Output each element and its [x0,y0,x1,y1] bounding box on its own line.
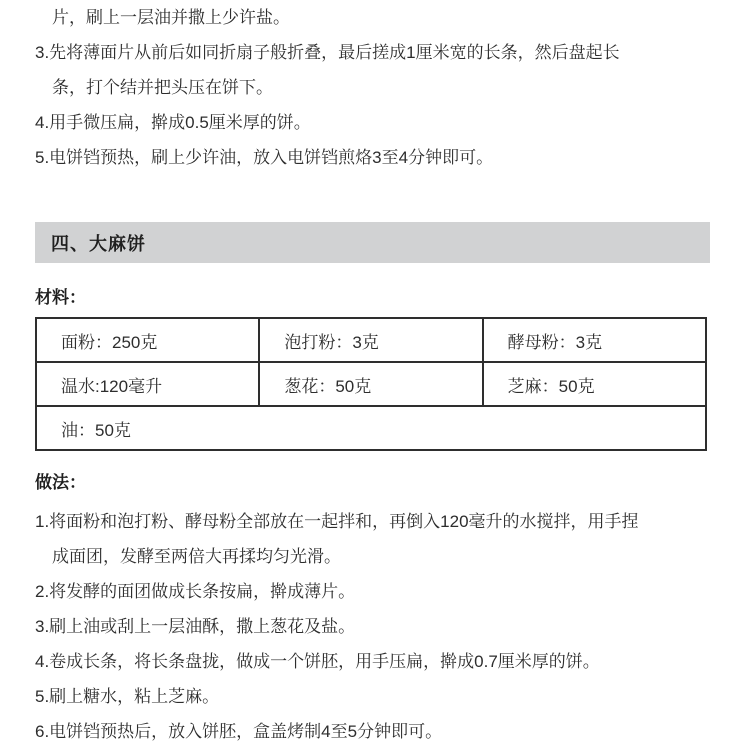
ingredients-row: 面粉：250克泡打粉：3克酵母粉：3克 [36,318,706,362]
section-heading-bar: 四、大麻饼 [35,222,710,263]
step-line: 2.将发酵的面团做成长条按扁，擀成薄片。 [35,574,710,609]
step-line: 1.将面粉和泡打粉、酵母粉全部放在一起拌和，再倒入120毫升的水搅拌，用手捏 [35,504,710,539]
step-line: 成面团，发酵至两倍大再揉均匀光滑。 [35,539,710,574]
recipe-document-page: 片，刷上一层油并撒上少许盐。3.先将薄面片从前后如同折扇子般折叠，最后搓成1厘米… [0,0,750,749]
step-line: 5.电饼铛预热，刷上少许油，放入电饼铛煎烙3至4分钟即可。 [35,140,710,175]
step-line: 片，刷上一层油并撒上少许盐。 [35,0,710,35]
ingredient-cell: 芝麻：50克 [483,362,706,406]
step-line: 4.卷成长条，将长条盘拢，做成一个饼胚，用手压扁，擀成0.7厘米厚的饼。 [35,644,710,679]
method-steps-list: 1.将面粉和泡打粉、酵母粉全部放在一起拌和，再倒入120毫升的水搅拌，用手捏成面… [35,504,710,749]
page-content: 片，刷上一层油并撒上少许盐。3.先将薄面片从前后如同折扇子般折叠，最后搓成1厘米… [0,0,750,749]
step-line: 4.用手微压扁，擀成0.5厘米厚的饼。 [35,105,710,140]
ingredients-table: 面粉：250克泡打粉：3克酵母粉：3克温水:120毫升葱花：50克芝麻：50克油… [35,317,707,451]
ingredients-row: 温水:120毫升葱花：50克芝麻：50克 [36,362,706,406]
method-label: 做法： [35,473,710,493]
ingredient-cell: 温水:120毫升 [36,362,259,406]
step-line: 3.先将薄面片从前后如同折扇子般折叠，最后搓成1厘米宽的长条，然后盘起长 [35,35,710,70]
section-title: 四、大麻饼 [51,230,146,256]
ingredient-cell: 酵母粉：3克 [483,318,706,362]
ingredient-cell: 泡打粉：3克 [259,318,482,362]
ingredient-cell: 面粉：250克 [36,318,259,362]
ingredient-cell: 葱花：50克 [259,362,482,406]
previous-recipe-steps-list: 片，刷上一层油并撒上少许盐。3.先将薄面片从前后如同折扇子般折叠，最后搓成1厘米… [35,0,710,175]
ingredient-cell-full-width: 油：50克 [36,406,706,450]
step-line: 3.刷上油或刮上一层油酥，撒上葱花及盐。 [35,609,710,644]
step-line: 5.刷上糖水，粘上芝麻。 [35,679,710,714]
step-line: 条，打个结并把头压在饼下。 [35,70,710,105]
ingredients-row: 油：50克 [36,406,706,450]
materials-label: 材料： [35,288,710,308]
step-line: 6.电饼铛预热后，放入饼胚，盒盖烤制4至5分钟即可。 [35,714,710,749]
